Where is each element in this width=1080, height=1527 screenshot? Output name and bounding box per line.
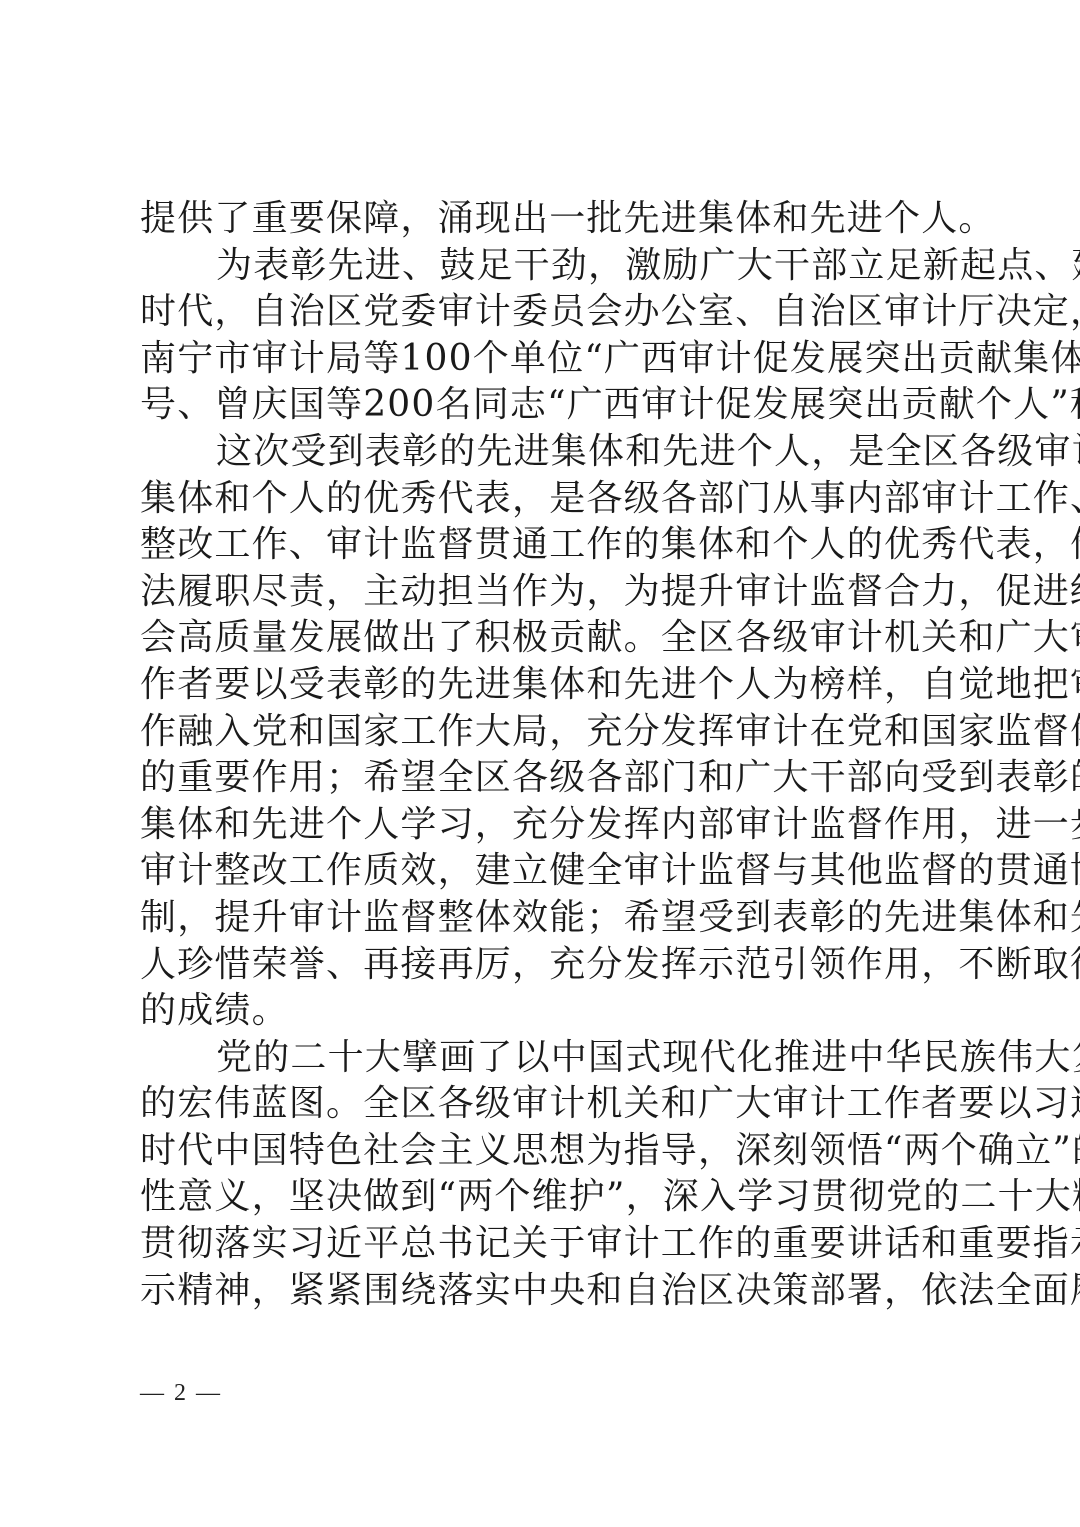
text-line: 作融入党和国家工作大局，充分发挥审计在党和国家监督体系中 — [140, 709, 942, 756]
document-body: 提供了重要保障，涌现出一批先进集体和先进个人。 为表彰先进、鼓足干劲，激励广大干… — [140, 196, 942, 1314]
text-line: 时代中国特色社会主义思想为指导，深刻领悟“两个确立”的决定 — [140, 1128, 942, 1175]
text-line: 的成绩。 — [140, 988, 942, 1035]
text-line: 人珍惜荣誉、再接再厉，充分发挥示范引领作用，不断取得更大 — [140, 942, 942, 989]
text-line: 制，提升审计监督整体效能；希望受到表彰的先进集体和先进个 — [140, 895, 942, 942]
paragraph-start-line: 党的二十大擘画了以中国式现代化推进中华民族伟大复兴 — [140, 1035, 942, 1082]
text-line: 会高质量发展做出了积极贡献。全区各级审计机关和广大审计工 — [140, 615, 942, 662]
text-line: 的宏伟蓝图。全区各级审计机关和广大审计工作者要以习近平新 — [140, 1081, 942, 1128]
paragraph-start-line: 这次受到表彰的先进集体和先进个人，是全区各级审计机关 — [140, 429, 942, 476]
text-line: 南宁市审计局等100个单位“广西审计促发展突出贡献集体”称 — [140, 336, 942, 383]
text-line: 时代，自治区党委审计委员会办公室、自治区审计厅决定，授予 — [140, 289, 942, 336]
text-line: 法履职尽责，主动担当作为，为提升审计监督合力，促进经济社 — [140, 569, 942, 616]
text-line: 的重要作用；希望全区各级各部门和广大干部向受到表彰的先进 — [140, 755, 942, 802]
page-number: — 2 — — [140, 1380, 222, 1407]
text-line: 贯彻落实习近平总书记关于审计工作的重要讲话和重要指示批 — [140, 1221, 942, 1268]
text-line: 集体和先进个人学习，充分发挥内部审计监督作用，进一步提升 — [140, 802, 942, 849]
text-line: 作者要以受表彰的先进集体和先进个人为榜样，自觉地把审计工 — [140, 662, 942, 709]
text-line: 性意义，坚决做到“两个维护”，深入学习贯彻党的二十大精神， — [140, 1174, 942, 1221]
text-line: 整改工作、审计监督贯通工作的集体和个人的优秀代表，他们依 — [140, 522, 942, 569]
paragraph-start-line: 为表彰先进、鼓足干劲，激励广大干部立足新起点、建功新 — [140, 243, 942, 290]
text-line: 审计整改工作质效，建立健全审计监督与其他监督的贯通协同机 — [140, 848, 942, 895]
text-line: 集体和个人的优秀代表，是各级各部门从事内部审计工作、审计 — [140, 476, 942, 523]
text-line: 号、曾庆国等200名同志“广西审计促发展突出贡献个人”称号。 — [140, 382, 942, 429]
document-page: 提供了重要保障，涌现出一批先进集体和先进个人。 为表彰先进、鼓足干劲，激励广大干… — [0, 0, 1080, 1527]
text-line: 示精神，紧紧围绕落实中央和自治区决策部署，依法全面履行审 — [140, 1268, 942, 1315]
text-line: 提供了重要保障，涌现出一批先进集体和先进个人。 — [140, 196, 942, 243]
